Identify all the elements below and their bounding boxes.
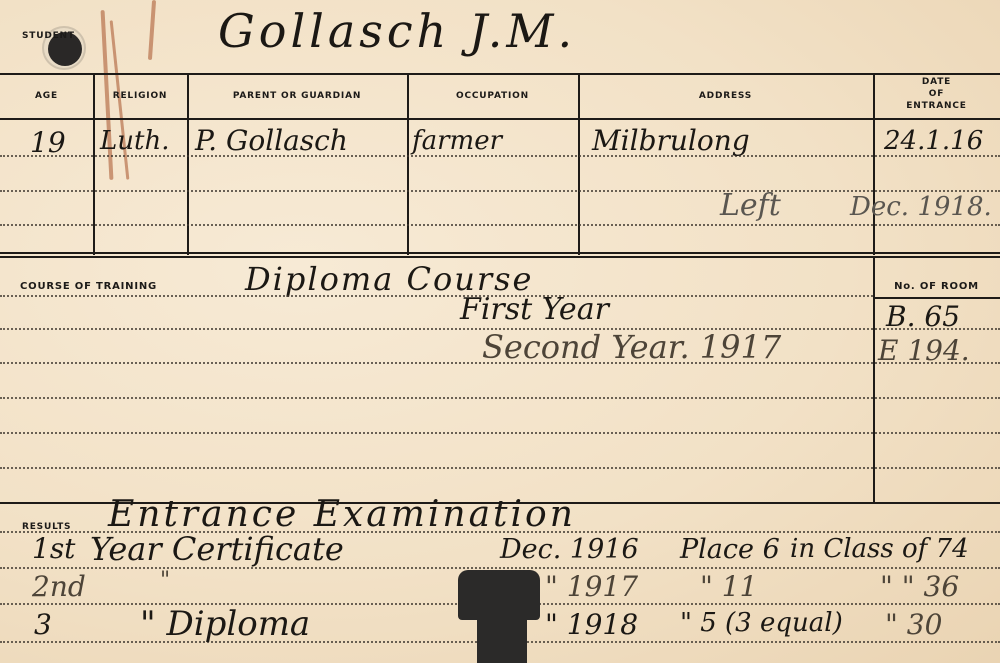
dotted-rule [0,432,1000,434]
index-tab-stem [477,610,527,663]
header-address: ADDRESS [578,90,873,102]
table-bottom-line [0,252,1000,254]
address-value: Milbrulong [592,124,750,157]
dotted-rule [0,295,873,297]
result-3-desc: " Diploma [140,604,310,644]
date-of-entrance-value: 24.1.16 [884,126,983,156]
dotted-rule [0,328,1000,330]
dotted-rule [0,467,1000,469]
age-value: 19 [30,126,66,159]
result-1-desc: Year Certificate [90,530,344,568]
header-date-line2: OF [873,88,1000,100]
result-1-num: 1st [32,532,75,565]
dotted-rule [0,397,1000,399]
result-1-date: Dec. 1916 [500,534,639,565]
student-record-card: STUDENT Gollasch J.M. AGE RELIGION PAREN… [0,0,1000,663]
result-2-place: " 11 [700,570,757,603]
left-date: Dec. 1918. [850,192,992,222]
result-2-date: " 1917 [545,570,638,603]
result-3-date: " 1918 [545,608,638,641]
header-separator [0,118,1000,120]
result-2-num: 2nd [32,570,86,603]
course-line2: First Year [460,292,609,327]
room-header-line [873,297,1000,299]
left-note: Left [720,188,781,223]
student-name: Gollasch J.M. [218,4,576,58]
results-heading: Entrance Examination [108,494,576,535]
header-parent: PARENT OR GUARDIAN [187,90,407,102]
table-bottom-line-2 [0,256,1000,258]
result-1-place: Place 6 [680,534,780,565]
header-occupation: OCCUPATION [407,90,578,102]
occupation-value: farmer [412,126,502,156]
student-label: STUDENT [22,30,75,42]
result-1-class: in Class of 74 [790,534,969,564]
result-3-class: " 30 [885,608,942,641]
course-line3: Second Year. 1917 [482,328,781,366]
parent-value: P. Gollasch [195,124,348,157]
header-date: DATE OF ENTRANCE [873,76,1000,112]
religion-value: Luth. [100,126,169,156]
room-label: No. OF ROOM [873,281,1000,293]
header-religion: RELIGION [93,90,187,102]
dotted-rule [0,362,1000,364]
header-date-line1: DATE [873,76,1000,88]
result-2-class: " " 36 [880,570,959,603]
result-2-desc: " [160,568,170,593]
result-3-place: " 5 (3 equal) [680,608,843,638]
dotted-rule [0,224,1000,226]
rust-stain [148,0,156,60]
header-date-line3: ENTRANCE [873,100,1000,112]
header-age: AGE [0,90,93,102]
result-3-num: 3 [34,608,52,641]
course-label: COURSE OF TRAINING [20,281,157,293]
table-top-line [0,73,1000,75]
